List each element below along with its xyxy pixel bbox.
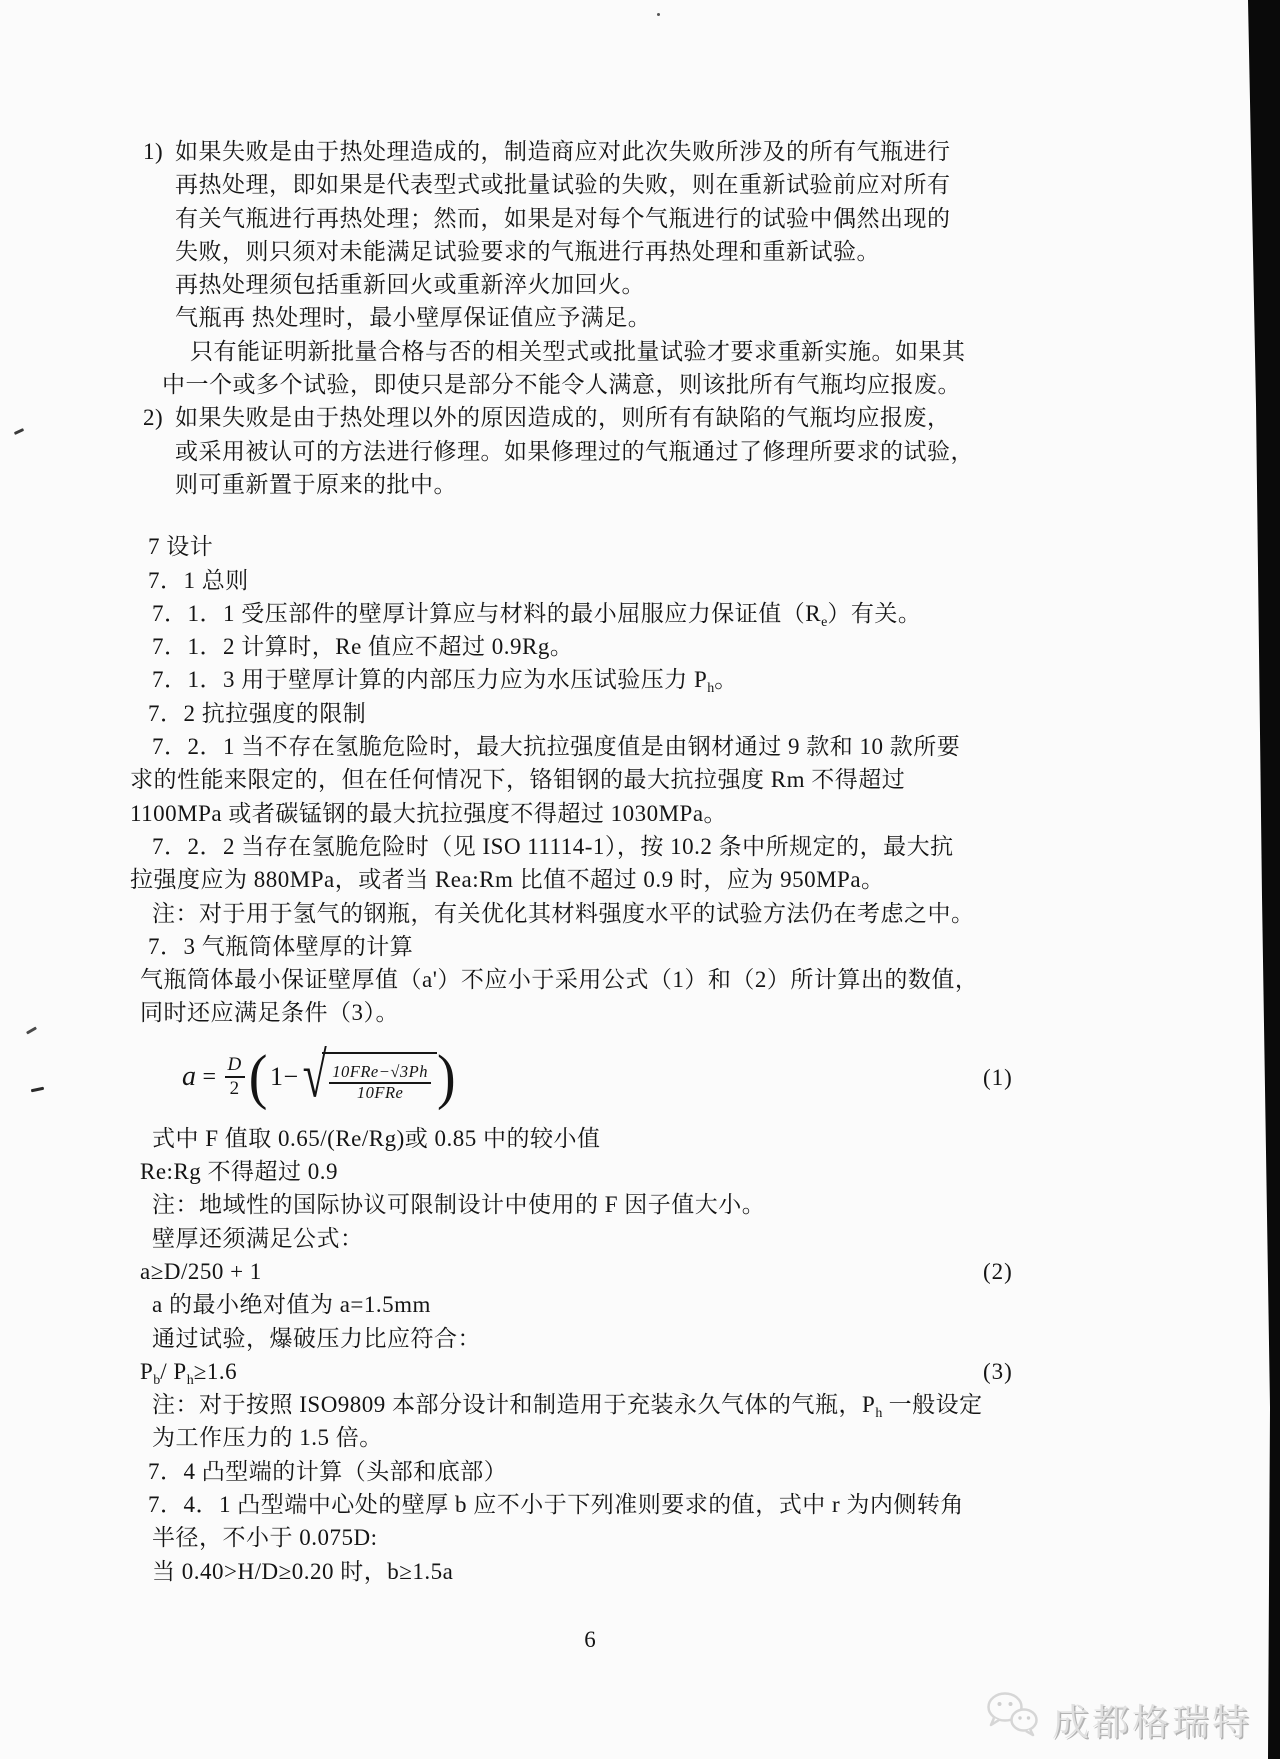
formula-text: / P	[160, 1359, 186, 1384]
note-iso9809-line-1: 注：对于按照 ISO9809 本部分设计和制造用于充装永久气体的气瓶，Ph 一般…	[130, 1388, 1050, 1421]
subscript-h: h	[187, 1373, 194, 1388]
clause-7-4-1-line-1: 7．4．1 凸型端中心处的壁厚 b 应不小于下列准则要求的值，式中 r 为内侧转…	[130, 1488, 1050, 1521]
scan-artifact	[14, 428, 24, 435]
clause-7-3-line-1: 气瓶筒体最小保证壁厚值（a'）不应小于采用公式（1）和（2）所计算出的数值，	[130, 963, 1050, 996]
burst-pressure-intro: 通过试验，爆破压力比应符合：	[130, 1322, 1050, 1355]
clause-text: 7．2．2 当存在氢脆危险时（见 ISO 11114-1），按 10.2 条中所…	[152, 834, 954, 859]
fraction-D-2: D2	[225, 1054, 245, 1100]
clause-text: ）有关。	[827, 601, 921, 626]
note-text: 注：地域性的国际协议可限制设计中使用的 F 因子值大小。	[152, 1192, 765, 1217]
right-paren: )	[437, 1054, 456, 1100]
clause-text: 7．1．3 用于壁厚计算的内部压力应为水压试验压力 P	[152, 667, 707, 692]
paragraph-text: 如果失败是由于热处理造成的，制造商应对此次失败所涉及的所有气瓶进行	[175, 139, 951, 164]
list-item-1-line-4: 失败，则只须对未能满足试验要求的气瓶进行再热处理和重新试验。	[130, 235, 1050, 268]
section-heading-7-3: 7．3 气瓶筒体壁厚的计算	[130, 930, 1050, 963]
note-text: 通过试验，爆破压力比应符合：	[152, 1326, 481, 1351]
clause-7-2-1-line-1: 7．2．1 当不存在氢脆危险时，最大抗拉强度值是由钢材通过 9 款和 10 款所…	[130, 730, 1050, 763]
note-text: 注：对于用于氢气的钢瓶，有关优化其材料强度水平的试验方法仍在考虑之中。	[152, 901, 975, 926]
heading-text: 7．3 气瓶筒体壁厚的计算	[148, 934, 413, 959]
min-absolute-a: a 的最小绝对值为 a=1.5mm	[130, 1288, 1050, 1321]
formula-note-regional: 注：地域性的国际协议可限制设计中使用的 F 因子值大小。	[130, 1188, 1050, 1221]
equation-label-2: (2)	[983, 1255, 1013, 1288]
clause-7-2-2-line-1: 7．2．2 当存在氢脆危险时（见 ISO 11114-1），按 10.2 条中所…	[130, 830, 1050, 863]
radical-sign: √	[303, 1050, 328, 1101]
clause-text: 7．4．1 凸型端中心处的壁厚 b 应不小于下列准则要求的值，式中 r 为内侧转…	[148, 1492, 964, 1517]
clause-text: 7．2．1 当不存在氢脆危险时，最大抗拉强度值是由钢材通过 9 款和 10 款所…	[152, 734, 960, 759]
clause-text: 1100MPa 或者碳锰钢的最大抗拉强度不得超过 1030MPa。	[130, 801, 727, 826]
clause-text: 半径，不小于 0.075D:	[152, 1525, 378, 1550]
clause-text: 7．1．2 计算时，Re 值应不超过 0.9Rg。	[152, 634, 573, 659]
heading-text: 7．1 总则	[148, 568, 249, 593]
formula-note-F: 式中 F 值取 0.65/(Re/Rg)或 0.85 中的较小值	[130, 1122, 1050, 1155]
document-body: 1)如果失败是由于热处理造成的，制造商应对此次失败所涉及的所有气瓶进行 再热处理…	[130, 135, 1050, 1655]
list-item-2-line-3: 则可重新置于原来的批中。	[130, 468, 1050, 501]
list-marker-1: 1)	[143, 135, 163, 168]
scanned-document-page: 1)如果失败是由于热处理造成的，制造商应对此次失败所涉及的所有气瓶进行 再热处理…	[0, 0, 1280, 1759]
page-number: 6	[130, 1625, 1050, 1655]
paragraph-text: 有关气瓶进行再热处理；然而，如果是对每个气瓶进行的试验中偶然出现的	[175, 206, 951, 231]
formula-1: a = D2 ( 1− √ 10FRe−√3Ph10FRe ) (1)	[182, 1045, 1050, 1110]
note-7-2-2: 注：对于用于氢气的钢瓶，有关优化其材料强度水平的试验方法仍在考虑之中。	[130, 897, 1050, 930]
clause-7-3-line-2: 同时还应满足条件（3）。	[130, 996, 1050, 1029]
equation-label-1: (1)	[983, 1063, 1013, 1093]
wechat-icon	[984, 1690, 1042, 1747]
paragraph-text: 再热处理须包括重新回火或重新淬火加回火。	[175, 272, 645, 297]
section-heading-7-1: 7．1 总则	[130, 564, 1050, 597]
formula-2: a≥D/250 + 1(2)	[130, 1255, 1050, 1288]
list-item-1-line-7: 只有能证明新批量合格与否的相关型式或批量试验才要求重新实施。如果其	[130, 335, 1050, 368]
scan-artifact	[26, 1026, 37, 1034]
list-item-1-line-6: 气瓶再 热处理时，最小壁厚保证值应予满足。	[130, 301, 1050, 334]
note-text: 为工作压力的 1.5 倍。	[152, 1425, 383, 1450]
scan-artifact	[657, 13, 660, 16]
fraction-radicand: 10FRe−√3Ph10FRe	[329, 1063, 431, 1103]
clause-7-1-1: 7．1．1 受压部件的壁厚计算应与材料的最小屈服应力保证值（Re）有关。	[130, 597, 1050, 630]
wall-thickness-intro: 壁厚还须满足公式：	[130, 1222, 1050, 1255]
note-text: a 的最小绝对值为 a=1.5mm	[152, 1292, 431, 1317]
formula-note-ReRg: Re:Rg 不得超过 0.9	[130, 1155, 1050, 1188]
clause-7-2-1-line-3: 1100MPa 或者碳锰钢的最大抗拉强度不得超过 1030MPa。	[130, 797, 1050, 830]
radicand: 10FRe−√3Ph10FRe	[322, 1052, 437, 1103]
note-text: 注：对于按照 ISO9809 本部分设计和制造用于充装永久气体的气瓶，P	[152, 1392, 875, 1417]
note-iso9809-line-2: 为工作压力的 1.5 倍。	[130, 1421, 1050, 1454]
formula-3: Pb/ Ph≥1.6(3)	[130, 1355, 1050, 1388]
clause-7-4-1-line-3: 当 0.40>H/D≥0.20 时，b≥1.5a	[130, 1555, 1050, 1588]
clause-text: 气瓶筒体最小保证壁厚值（a'）不应小于采用公式（1）和（2）所计算出的数值，	[140, 967, 978, 992]
list-item-1-line-8: 中一个或多个试验，即使只是部分不能令人满意，则该批所有气瓶均应报废。	[130, 368, 1050, 401]
heading-text: 7．4 凸型端的计算（头部和底部）	[148, 1459, 507, 1484]
clause-text: 求的性能来限定的，但在任何情况下，铬钼钢的最大抗拉强度 Rm 不得超过	[130, 767, 905, 792]
clause-7-2-2-line-2: 拉强度应为 880MPa，或者当 Rea:Rm 比值不超过 0.9 时，应为 9…	[130, 863, 1050, 896]
watermark-text: 成都格瑞特	[1052, 1692, 1252, 1746]
clause-text: 。	[714, 667, 738, 692]
paragraph-text: 中一个或多个试验，即使只是部分不能令人满意，则该批所有气瓶均应报废。	[162, 372, 961, 397]
note-text: 式中 F 值取 0.65/(Re/Rg)或 0.85 中的较小值	[152, 1126, 601, 1151]
clause-text: 拉强度应为 880MPa，或者当 Rea:Rm 比值不超过 0.9 时，应为 9…	[130, 867, 885, 892]
square-root: √ 10FRe−√3Ph10FRe	[303, 1052, 437, 1103]
note-text: Re:Rg 不得超过 0.9	[140, 1159, 338, 1184]
list-item-1-line-5: 再热处理须包括重新回火或重新淬火加回火。	[130, 268, 1050, 301]
list-marker-2: 2)	[143, 401, 163, 434]
one-minus: 1−	[270, 1062, 299, 1092]
paragraph-text: 只有能证明新批量合格与否的相关型式或批量试验才要求重新实施。如果其	[190, 339, 966, 364]
list-item-1-line-2: 再热处理，即如果是代表型式或批量试验的失败，则在重新试验前应对所有	[130, 168, 1050, 201]
formula-text: a≥D/250 + 1	[140, 1259, 262, 1284]
scan-edge-band	[1230, 0, 1280, 1759]
note-text: 一般设定	[882, 1392, 982, 1417]
clause-text: 同时还应满足条件（3）。	[140, 1000, 399, 1025]
clause-7-1-3: 7．1．3 用于壁厚计算的内部压力应为水压试验压力 Ph。	[130, 663, 1050, 696]
paragraph-text: 则可重新置于原来的批中。	[175, 472, 457, 497]
section-heading-7-2: 7．2 抗拉强度的限制	[130, 697, 1050, 730]
paragraph-text: 或采用被认可的方法进行修理。如果修理过的气瓶通过了修理所要求的试验，	[175, 439, 974, 464]
section-heading-7-4: 7．4 凸型端的计算（头部和底部）	[130, 1455, 1050, 1488]
paragraph-text: 失败，则只须对未能满足试验要求的气瓶进行再热处理和重新试验。	[175, 239, 880, 264]
list-item-2-line-1: 2)如果失败是由于热处理以外的原因造成的，则所有有缺陷的气瓶均应报废，	[130, 401, 1050, 434]
watermark: 成都格瑞特	[984, 1690, 1252, 1747]
formula-text: P	[140, 1359, 153, 1384]
formula-variable-a: a	[182, 1061, 197, 1093]
equation-label-3: (3)	[983, 1355, 1013, 1388]
list-item-1-line-3: 有关气瓶进行再热处理；然而，如果是对每个气瓶进行的试验中偶然出现的	[130, 202, 1050, 235]
scan-artifact	[31, 1087, 44, 1093]
section-heading-7: 7 设计	[130, 530, 1050, 563]
paragraph-text: 如果失败是由于热处理以外的原因造成的，则所有有缺陷的气瓶均应报废，	[175, 405, 951, 430]
clause-7-4-1-line-2: 半径，不小于 0.075D:	[130, 1521, 1050, 1554]
heading-text: 7 设计	[148, 534, 213, 559]
formula-text: ≥1.6	[194, 1359, 237, 1384]
left-paren: (	[249, 1054, 268, 1100]
paragraph-text: 气瓶再 热处理时，最小壁厚保证值应予满足。	[175, 305, 651, 330]
clause-7-2-1-line-2: 求的性能来限定的，但在任何情况下，铬钼钢的最大抗拉强度 Rm 不得超过	[130, 763, 1050, 796]
note-text: 壁厚还须满足公式：	[152, 1226, 364, 1251]
paragraph-text: 再热处理，即如果是代表型式或批量试验的失败，则在重新试验前应对所有	[175, 172, 951, 197]
list-item-2-line-2: 或采用被认可的方法进行修理。如果修理过的气瓶通过了修理所要求的试验，	[130, 435, 1050, 468]
clause-text: 当 0.40>H/D≥0.20 时，b≥1.5a	[152, 1559, 453, 1584]
clause-7-1-2: 7．1．2 计算时，Re 值应不超过 0.9Rg。	[130, 630, 1050, 663]
clause-text: 7．1．1 受压部件的壁厚计算应与材料的最小屈服应力保证值（R	[152, 601, 821, 626]
list-item-1-line-1: 1)如果失败是由于热处理造成的，制造商应对此次失败所涉及的所有气瓶进行	[130, 135, 1050, 168]
heading-text: 7．2 抗拉强度的限制	[148, 701, 366, 726]
equals-sign: =	[203, 1064, 217, 1091]
